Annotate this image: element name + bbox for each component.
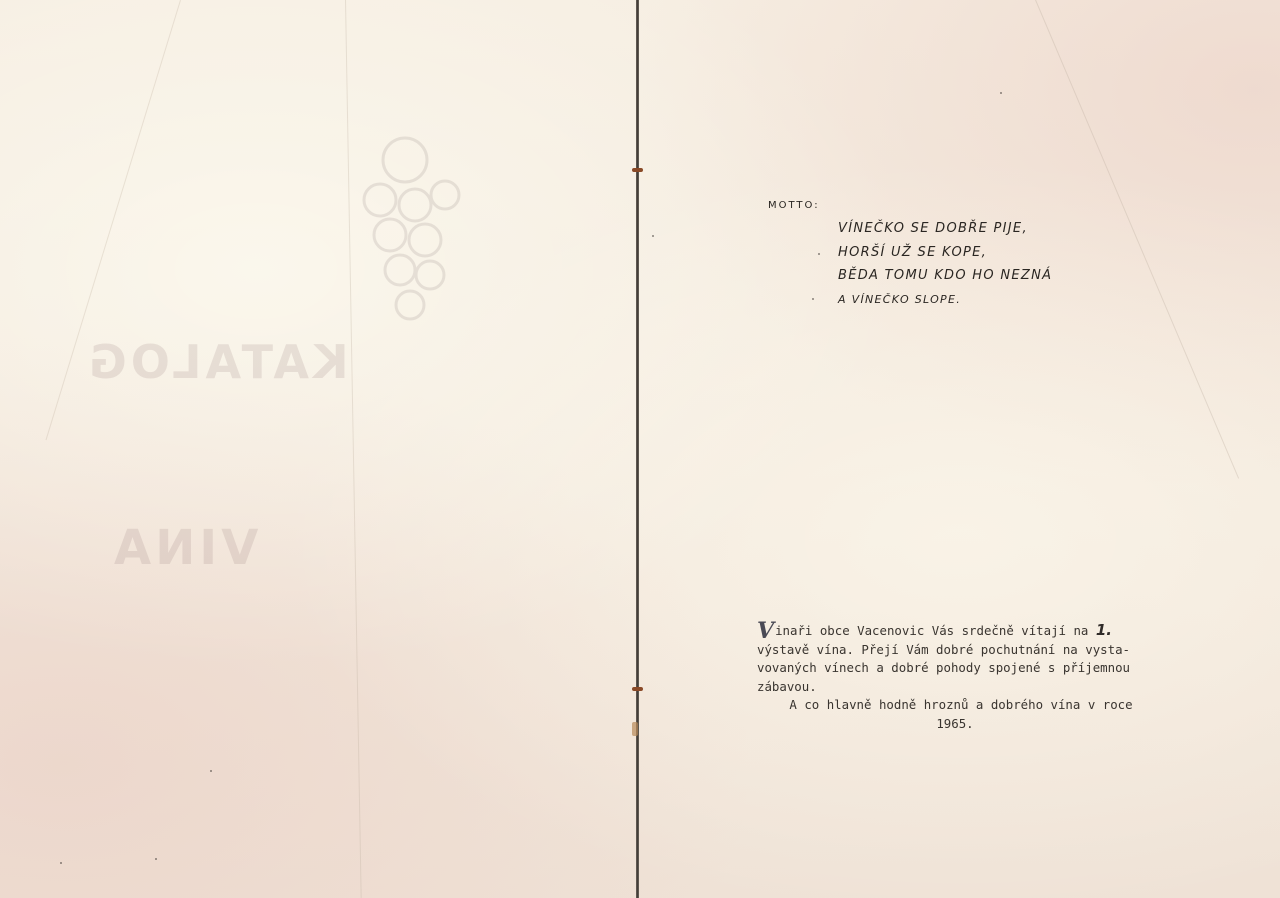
welcome-greeting: Vinaři obce Vacenovic Vás srdečně vítají… (757, 621, 1197, 734)
booklet-spine (636, 0, 639, 898)
ink-speck (652, 235, 654, 237)
greeting-line-1: Vinaři obce Vacenovic Vás srdečně vítají… (757, 621, 1197, 641)
motto-label: MOTTO: (768, 200, 820, 211)
ink-speck (60, 862, 62, 864)
right-page (640, 0, 1280, 898)
ink-speck (812, 298, 814, 300)
greeting-text: inaři obce Vacenovic Vás srdečně vítají … (775, 623, 1096, 638)
greeting-line-4: zábavou. (757, 678, 1197, 697)
closing-line: A co hlavně hodně hroznů a dobrého vína … (757, 696, 1197, 715)
bleed-through-text: VINA (110, 520, 258, 576)
bleed-through-text: KATALOG (85, 335, 349, 389)
left-page: KATALOG VINA (0, 0, 636, 898)
greeting-line-3: vovaných vínech a dobré pohody spojené s… (757, 659, 1197, 678)
motto-line: BĚDA TOMU KDO HO NEZNÁ (838, 264, 1052, 288)
grapes-bleed-through-icon (340, 120, 470, 340)
motto-line: A VÍNEČKO SLOPE. (838, 288, 1052, 312)
ink-speck (818, 253, 820, 255)
year: 1965. (721, 715, 1197, 734)
ink-speck (210, 770, 212, 772)
rust-stain (632, 722, 638, 736)
motto-line: HORŠÍ UŽ SE KOPE, (838, 241, 1052, 265)
motto-line: VÍNEČKO SE DOBŘE PIJE, (838, 217, 1052, 241)
edition-number: 1. (1096, 621, 1112, 639)
ink-speck (155, 858, 157, 860)
ink-speck (1000, 92, 1002, 94)
motto-verse: VÍNEČKO SE DOBŘE PIJE, HORŠÍ UŽ SE KOPE,… (838, 217, 1052, 311)
booklet-spread: KATALOG VINA MOTTO: VÍNEČKO SE DOBŘE PIJ… (0, 0, 1280, 898)
greeting-line-2: výstavě vína. Přejí Vám dobré pochutnání… (757, 641, 1197, 660)
